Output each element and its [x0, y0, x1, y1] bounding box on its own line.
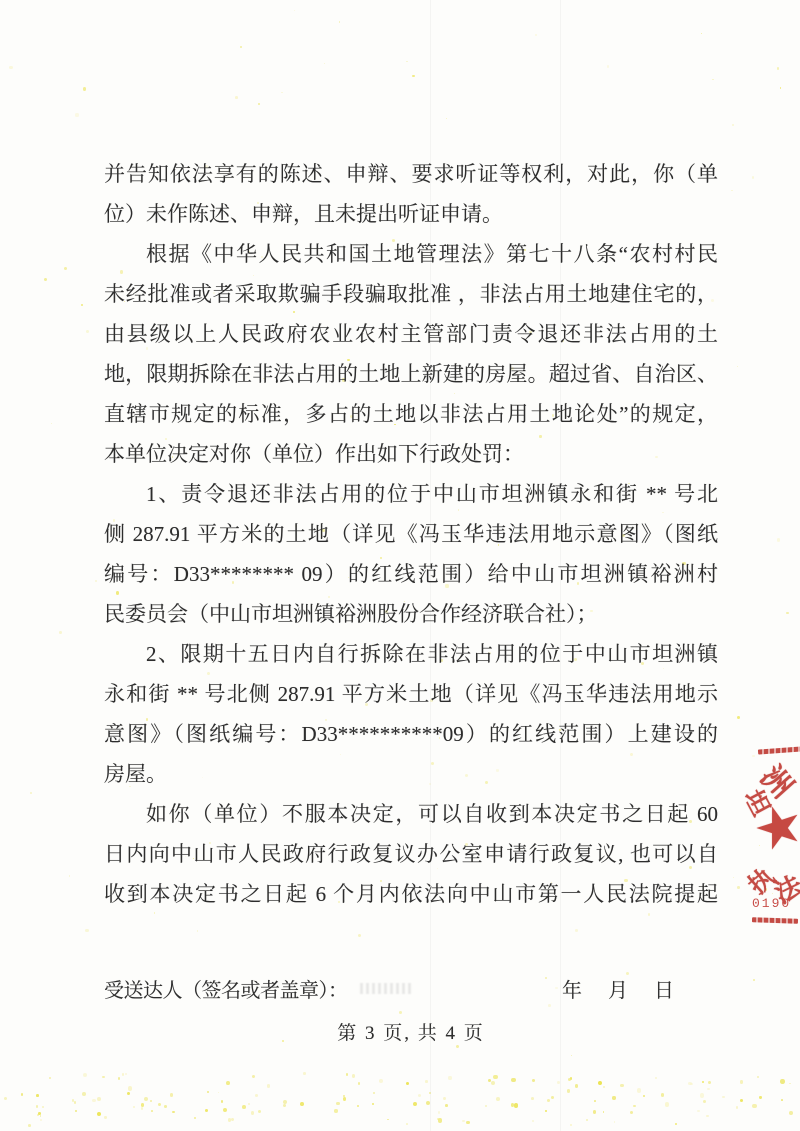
page-number: 第 3 页, 共 4 页 — [104, 1018, 718, 1042]
body-line: 侧 287.91 平方米的土地（详见《冯玉华违法用地示意图》（图纸 — [104, 514, 718, 554]
body-line: 地，限期拆除在非法占用的土地上新建的房屋。超过省、自治区、 — [104, 354, 718, 394]
body-line: 本单位决定对你（单位）作出如下行政处罚： — [104, 434, 718, 474]
body-line: 意图》（图纸编号：D33**********09）的红线范围）上建设的 — [104, 714, 718, 754]
signature-smudge-artifact — [360, 983, 412, 994]
recipient-signature-label: 受送达人（签名或者盖章）： — [104, 974, 348, 1003]
body-line: 1、责令退还非法占用的位于中山市坦洲镇永和街 ** 号北 — [104, 474, 718, 514]
body-line: 由县级以上人民政府农业农村主管部门责令退还非法占用的土 — [104, 314, 718, 354]
body-line: 未经批准或者采取欺骗手段骗取批准 ，非法占用土地建住宅的， — [104, 274, 718, 314]
stamp-serial-number: 0190 — [752, 896, 791, 911]
body-line: 民委员会（中山市坦洲镇裕洲股份合作经济联合社）； — [104, 594, 718, 634]
body-line: 日内向中山市人民政府行政复议办公室申请行政复议, 也可以自 — [104, 834, 718, 874]
scanned-document-page: 并告知依法享有的陈述、申辩、要求听证等权利，对此，你（单位）未作陈述、申辩，且未… — [0, 0, 800, 1131]
body-line: 房屋。 — [104, 754, 718, 794]
date-month-label: 月 — [608, 974, 628, 1003]
document-body-text: 并告知依法享有的陈述、申辩、要求听证等权利，对此，你（单位）未作陈述、申辩，且未… — [104, 154, 718, 914]
edge-seal-stamp: 洲 坦 ★ 执 法 0190 — [746, 744, 800, 930]
date-day-label: 日 — [654, 974, 674, 1003]
body-line: 如你（单位）不服本决定，可以自收到本决定书之日起 60 — [104, 794, 718, 834]
signature-row: 受送达人（签名或者盖章）： 年 月 日 — [104, 968, 718, 1008]
body-line: 根据《中华人民共和国土地管理法》第七十八条“农村村民 — [104, 234, 718, 274]
date-year-label: 年 — [562, 974, 582, 1003]
stamp-border-bottom — [752, 917, 798, 924]
body-line: 位）未作陈述、申辩，且未提出听证申请。 — [104, 194, 718, 234]
body-line: 并告知依法享有的陈述、申辩、要求听证等权利，对此，你（单 — [104, 154, 718, 194]
stamp-border-top — [758, 746, 800, 754]
body-line: 直辖市规定的标准，多占的土地以非法占用土地论处”的规定， — [104, 394, 718, 434]
stamp-star-icon: ★ — [747, 794, 800, 863]
body-line: 编号：D33******** 09）的红线范围）给中山市坦洲镇裕洲村 — [104, 554, 718, 594]
body-line: 收到本决定书之日起 6 个月内依法向中山市第一人民法院提起 — [104, 874, 718, 914]
date-fill-in-group: 年 月 日 — [562, 974, 718, 1003]
body-line: 永和街 ** 号北侧 287.91 平方米土地（详见《冯玉华违法用地示 — [104, 674, 718, 714]
body-line: 2、限期十五日内自行拆除在非法占用的位于中山市坦洲镇 — [104, 634, 718, 674]
